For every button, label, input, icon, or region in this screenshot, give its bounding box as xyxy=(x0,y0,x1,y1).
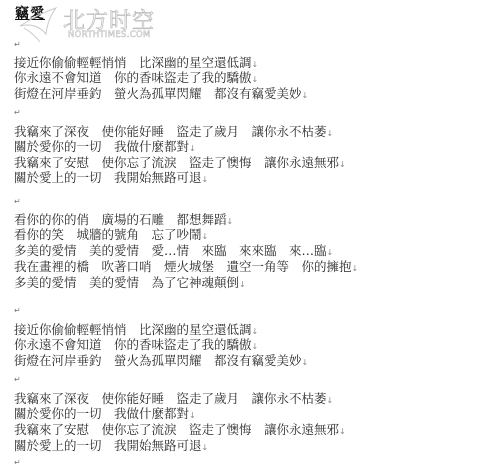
paragraph-mark-icon: ↵ xyxy=(14,197,21,206)
lyric-text: 我竊來了深夜 使你能好睡 盜走了歲月 讓你永不枯萎 xyxy=(14,391,327,406)
lyric-text: 我竊來了安慰 使你忘了流淚 盜走了懊悔 讓你永遠無邪 xyxy=(14,155,339,170)
lyric-line: 關於愛上的一切 我開始無路可退↓ xyxy=(14,438,208,455)
paragraph-mark-icon: ↵ xyxy=(14,458,21,467)
line-break-mark-icon: ↓ xyxy=(302,91,309,100)
line-break-mark-icon: ↓ xyxy=(202,232,209,241)
lyric-line: 你永遠不會知道 你的香味盜走了我的驕傲↓ xyxy=(14,70,258,87)
lyric-text: 你永遠不會知道 你的香味盜走了我的驕傲 xyxy=(14,70,252,85)
lyric-text: 我竊來了安慰 使你忘了流淚 盜走了懊悔 讓你永遠無邪 xyxy=(14,422,339,437)
lyric-line: 看你的笑 城牆的號角 忘了吵鬧↓ xyxy=(14,227,208,244)
line-break-mark-icon: ↓ xyxy=(252,327,259,336)
document-title: 竊愛 xyxy=(15,3,45,23)
line-break-mark-icon: ↓ xyxy=(227,217,234,226)
lyric-line: 我在畫裡的橋 吹著口哨 煙火城堡 遺空一角等 你的擁抱↓ xyxy=(14,259,358,276)
watermark-chinese: 北方时空 xyxy=(63,4,155,35)
line-break-mark-icon: ↓ xyxy=(189,411,196,420)
paragraph-mark-icon: ↵ xyxy=(14,306,21,315)
lyric-text: 接近你偷偷輕輕悄悄 比深幽的星空還低調 xyxy=(14,55,252,70)
lyric-text: 你永遠不會知道 你的香味盜走了我的驕傲 xyxy=(14,337,252,352)
lyric-text: 街燈在河岸垂釣 螢火為孤單閃耀 都沒有竊愛美妙 xyxy=(14,86,302,101)
lyric-text: 關於愛上的一切 我開始無路可退 xyxy=(14,438,202,453)
lyric-text: 多美的愛情 美的愛情 愛…情 來臨 來來臨 來…臨 xyxy=(14,243,327,258)
lyric-text: 我竊來了深夜 使你能好睡 盜走了歲月 讓你永不枯萎 xyxy=(14,124,327,139)
line-break-mark-icon: ↓ xyxy=(252,75,259,84)
line-break-mark-icon: ↓ xyxy=(189,144,196,153)
lyric-text: 我在畫裡的橋 吹著口哨 煙火城堡 遺空一角等 你的擁抱 xyxy=(14,259,352,274)
lyric-line: 多美的愛情 美的愛情 愛…情 來臨 來來臨 來…臨↓ xyxy=(14,243,333,260)
line-break-mark-icon: ↓ xyxy=(327,129,334,138)
line-break-mark-icon: ↓ xyxy=(302,358,309,367)
document-page: 竊愛 北方时空 NORTHTIMES.COM 接近你偷偷輕輕悄悄 比深幽的星空還… xyxy=(0,0,480,468)
line-break-mark-icon: ↓ xyxy=(252,342,259,351)
lyric-line: 多美的愛情 美的愛情 為了它神魂顛倒↓ xyxy=(14,275,246,292)
lyric-text: 關於愛你的一切 我做什麼都對 xyxy=(14,139,189,154)
lyric-text: 看你的你的俏 廣場的石雕 都想舞蹈 xyxy=(14,212,227,227)
line-break-mark-icon: ↓ xyxy=(352,264,359,273)
lyric-line: 關於愛你的一切 我做什麼都對↓ xyxy=(14,139,196,156)
paragraph-mark-icon: ↵ xyxy=(14,375,21,384)
lyric-text: 接近你偷偷輕輕悄悄 比深幽的星空還低調 xyxy=(14,322,252,337)
lyric-line: 街燈在河岸垂釣 螢火為孤單閃耀 都沒有竊愛美妙↓ xyxy=(14,353,308,370)
paragraph-mark-icon: ↵ xyxy=(14,108,21,117)
line-break-mark-icon: ↓ xyxy=(202,443,209,452)
paragraph-mark-icon: ↵ xyxy=(14,40,21,49)
line-break-mark-icon: ↓ xyxy=(202,175,209,184)
line-break-mark-icon: ↓ xyxy=(252,60,259,69)
lyric-text: 關於愛你的一切 我做什麼都對 xyxy=(14,406,189,421)
lyric-text: 多美的愛情 美的愛情 為了它神魂顛倒 xyxy=(14,275,239,290)
lyric-line: 街燈在河岸垂釣 螢火為孤單閃耀 都沒有竊愛美妙↓ xyxy=(14,86,308,103)
lyric-text: 看你的笑 城牆的號角 忘了吵鬧 xyxy=(14,227,202,242)
watermark-english: NORTHTIMES.COM xyxy=(68,30,151,40)
lyric-line: 我竊來了安慰 使你忘了流淚 盜走了懊悔 讓你永遠無邪↓ xyxy=(14,422,346,439)
lyric-line: 你永遠不會知道 你的香味盜走了我的驕傲↓ xyxy=(14,337,258,354)
line-break-mark-icon: ↓ xyxy=(239,280,246,289)
lyric-text: 關於愛上的一切 我開始無路可退 xyxy=(14,170,202,185)
line-break-mark-icon: ↓ xyxy=(339,160,346,169)
lyric-line: 關於愛上的一切 我開始無路可退↓ xyxy=(14,170,208,187)
line-break-mark-icon: ↓ xyxy=(327,248,334,257)
lyric-line: 關於愛你的一切 我做什麼都對↓ xyxy=(14,406,196,423)
line-break-mark-icon: ↓ xyxy=(339,427,346,436)
lyric-text: 街燈在河岸垂釣 螢火為孤單閃耀 都沒有竊愛美妙 xyxy=(14,353,302,368)
line-break-mark-icon: ↓ xyxy=(327,396,334,405)
